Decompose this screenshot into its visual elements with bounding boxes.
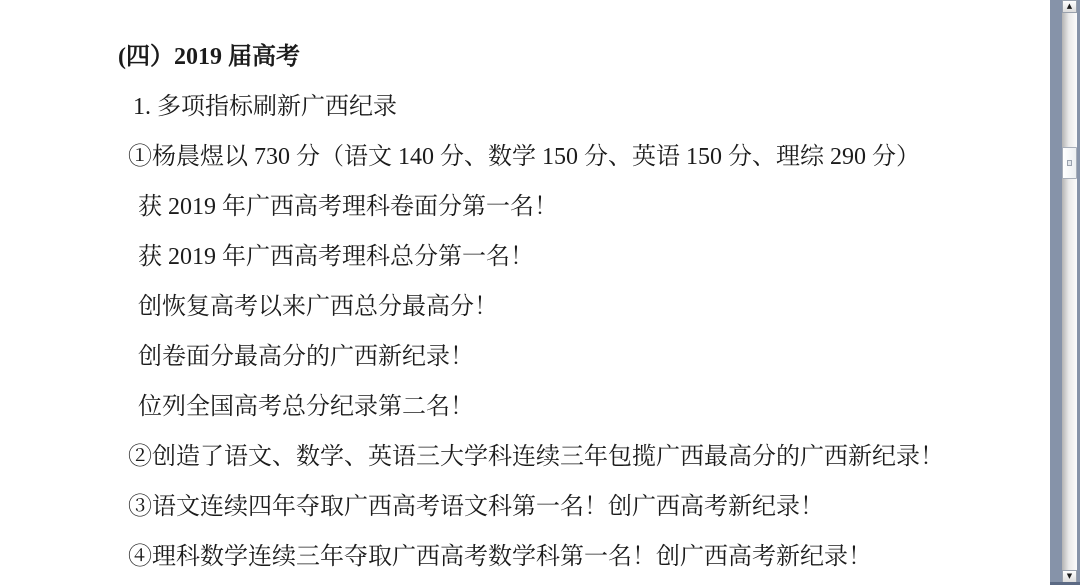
document-body: (四）2019 届高考 1. 多项指标刷新广西纪录 ①杨晨煜以 730 分（语文…: [9, 0, 1050, 582]
doc-line: 获 2019 年广西高考理科卷面分第一名！: [9, 182, 1050, 232]
doc-line: ①杨晨煜以 730 分（语文 140 分、数学 150 分、英语 150 分、理…: [9, 132, 1050, 182]
window-left-border: [0, 0, 9, 585]
doc-line: 位列全国高考总分纪录第二名！: [9, 382, 1050, 432]
doc-heading: (四）2019 届高考: [9, 32, 1050, 82]
doc-line: ④理科数学连续三年夺取广西高考数学科第一名！创广西高考新纪录！: [9, 532, 1050, 582]
doc-line: ②创造了语文、数学、英语三大学科连续三年包揽广西最高分的广西新纪录！: [9, 432, 1050, 482]
doc-line: ③语文连续四年夺取广西高考语文科第一名！创广西高考新纪录！: [9, 482, 1050, 532]
vertical-scrollbar[interactable]: ▲ ▼: [1062, 0, 1077, 585]
window-right-border: ▲ ▼: [1050, 0, 1080, 585]
document-page: (四）2019 届高考 1. 多项指标刷新广西纪录 ①杨晨煜以 730 分（语文…: [9, 0, 1050, 585]
scrollbar-thumb[interactable]: [1062, 147, 1077, 179]
doc-line: 创恢复高考以来广西总分最高分！: [9, 282, 1050, 332]
thumb-grip-icon: [1067, 160, 1072, 166]
doc-line: 创卷面分最高分的广西新纪录！: [9, 332, 1050, 382]
up-arrow-icon: ▲: [1067, 3, 1072, 10]
doc-line: 1. 多项指标刷新广西纪录: [9, 82, 1050, 132]
doc-line: 获 2019 年广西高考理科总分第一名！: [9, 232, 1050, 282]
down-arrow-icon: ▼: [1067, 573, 1072, 580]
scroll-up-button[interactable]: ▲: [1062, 0, 1077, 13]
